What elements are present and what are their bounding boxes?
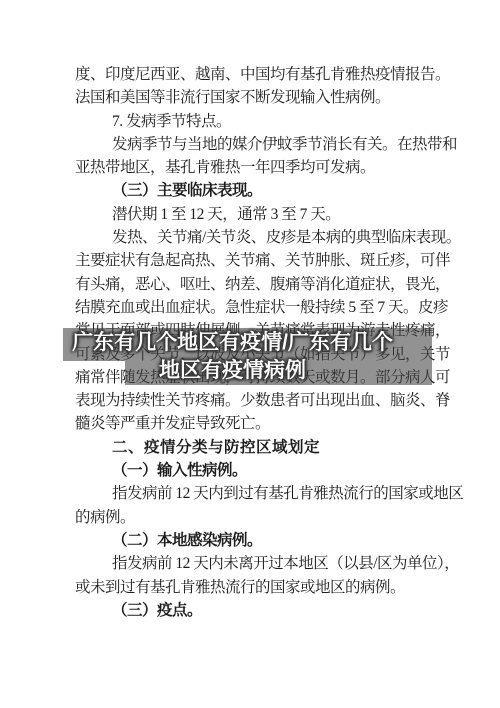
text-line: 结膜充血或出血症状。急性症状一般持续 5 至 7 天。皮疹	[75, 296, 435, 319]
text-line: 二、疫情分类与防控区域划定	[75, 436, 435, 459]
text-line: 表现为持续性关节疼痛。少数患者可出现出血、脑炎、脊	[75, 389, 435, 412]
overlay-title: 广东有几个地区有疫情/广东有几个 地区有疫情病例	[40, 329, 425, 384]
text-line: 发热、关节痛/关节炎、皮疹是本病的典型临床表现。	[75, 226, 435, 249]
text-line: 髓炎等严重并发症导致死亡。	[75, 412, 435, 435]
text-line: （二）本地感染病例。	[75, 529, 435, 552]
text-line: 指发病前 12 天内到过有基孔肯雅热流行的国家或地区	[75, 482, 435, 505]
text-line: 7. 发病季节特点。	[75, 110, 435, 133]
text-line: 度、印度尼西亚、越南、中国均有基孔肯雅热疫情报告。	[75, 63, 435, 86]
text-line: 指发病前 12 天内未离开过本地区（以县/区为单位），	[75, 552, 435, 575]
text-line: （三）主要临床表现。	[75, 179, 435, 202]
text-line: 发病季节与当地的媒介伊蚊季节消长有关。在热带和	[75, 133, 435, 156]
document-page: 度、印度尼西亚、越南、中国均有基孔肯雅热疫情报告。法国和美国等非流行国家不断发现…	[0, 0, 500, 708]
overlay-title-line1: 广东有几个地区有疫情/广东有几个	[40, 329, 425, 357]
overlay-title-line2: 地区有疫情病例	[40, 357, 425, 385]
text-line: 的病例。	[75, 506, 435, 529]
text-line: 或未到过有基孔肯雅热流行的国家或地区的病例。	[75, 576, 435, 599]
text-line: 有头痛，恶心、呕吐、纳差、腹痛等消化道症状，畏光，	[75, 273, 435, 296]
text-line: 潜伏期 1 至 12 天，通常 3 至 7 天。	[75, 203, 435, 226]
text-line: 主要症状有急起高热、关节痛、关节肿胀、斑丘疹，可伴	[75, 249, 435, 272]
text-line: （三）疫点。	[75, 599, 435, 622]
text-line: （一）输入性病例。	[75, 459, 435, 482]
text-line: 法国和美国等非流行国家不断发现输入性病例。	[75, 86, 435, 109]
text-line: 亚热带地区，基孔肯雅热一年四季均可发病。	[75, 156, 435, 179]
